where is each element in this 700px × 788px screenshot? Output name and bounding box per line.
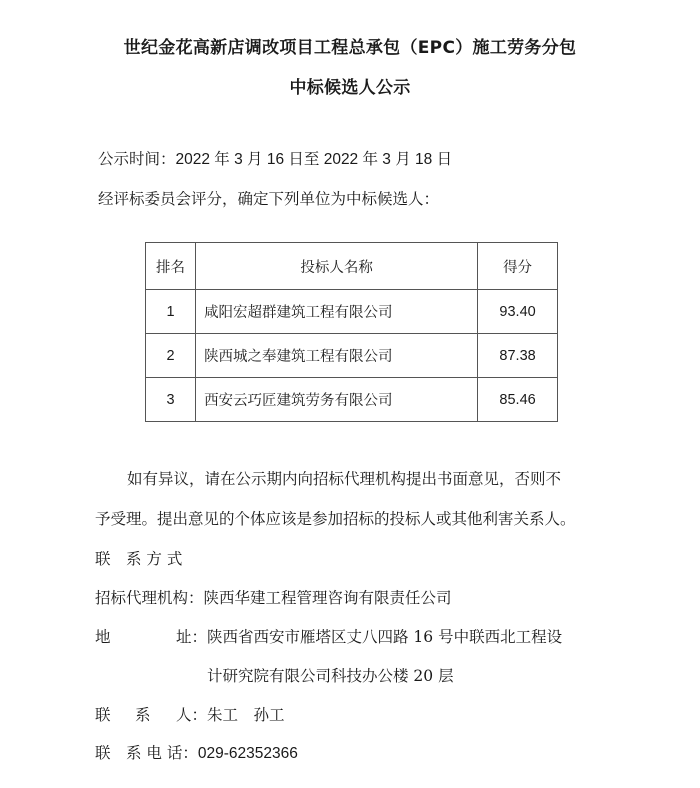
phone-label: 联 系 电 话： (95, 744, 198, 762)
document-title-line1: 世纪金花高新店调改项目工程总承包（EPC）施工劳务分包 (0, 33, 700, 58)
phone-row: 联 系 电 话：029-62352366 (95, 743, 298, 764)
table-row: 3 西安云巧匠建筑劳务有限公司 85.46 (146, 378, 558, 422)
table-row: 2 陕西城之奉建筑工程有限公司 87.38 (146, 334, 558, 378)
bidder-name-cell: 咸阳宏超群建筑工程有限公司 (196, 290, 478, 334)
header-rank: 排名 (146, 243, 196, 290)
contact-person-value: 朱工 孙工 (207, 705, 285, 725)
notice-period-dates: 2022 年 3 月 16 日至 2022 年 3 月 18 日 (176, 151, 453, 168)
candidates-table: 排名 投标人名称 得分 1 咸阳宏超群建筑工程有限公司 93.40 2 陕西城之… (145, 242, 558, 422)
header-score: 得分 (478, 243, 558, 290)
address-label-start: 地 (95, 627, 111, 647)
table-header-row: 排名 投标人名称 得分 (146, 243, 558, 290)
address-label-end: 址： (176, 627, 207, 647)
agency-value: 陕西华建工程管理咨询有限责任公司 (204, 589, 452, 607)
bidder-name-cell: 陕西城之奉建筑工程有限公司 (196, 334, 478, 378)
contact-person-label-1: 联 (95, 705, 111, 725)
bidder-name-cell: 西安云巧匠建筑劳务有限公司 (196, 378, 478, 422)
contact-heading: 联 系 方 式 (95, 549, 182, 569)
header-bidder-name: 投标人名称 (196, 243, 478, 290)
score-cell: 93.40 (478, 290, 558, 334)
address-line2: 计研究院有限公司科技办公楼 20 层 (207, 666, 454, 686)
score-cell: 85.46 (478, 378, 558, 422)
contact-person-label-2: 系 (135, 705, 151, 725)
rank-cell: 3 (146, 378, 196, 422)
document-title-line2: 中标候选人公示 (0, 73, 700, 98)
agency-row: 招标代理机构：陕西华建工程管理咨询有限责任公司 (95, 588, 452, 608)
rank-cell: 2 (146, 334, 196, 378)
score-cell: 87.38 (478, 334, 558, 378)
intro-text: 经评标委员会评分，确定下列单位为中标候选人： (98, 189, 439, 209)
notice-period-label: 公示时间： (98, 150, 176, 168)
objection-text-line1: 如有异议，请在公示期内向招标代理机构提出书面意见，否则不 (127, 469, 561, 489)
objection-text-line2: 予受理。提出意见的个体应该是参加招标的投标人或其他利害关系人。 (95, 509, 576, 529)
agency-label: 招标代理机构： (95, 589, 204, 607)
rank-cell: 1 (146, 290, 196, 334)
table-row: 1 咸阳宏超群建筑工程有限公司 93.40 (146, 290, 558, 334)
contact-person-label-3: 人： (176, 705, 207, 725)
phone-value: 029-62352366 (198, 745, 298, 762)
address-line1: 陕西省西安市雁塔区丈八四路 16 号中联西北工程设 (207, 627, 562, 647)
notice-period: 公示时间：2022 年 3 月 16 日至 2022 年 3 月 18 日 (98, 149, 452, 170)
